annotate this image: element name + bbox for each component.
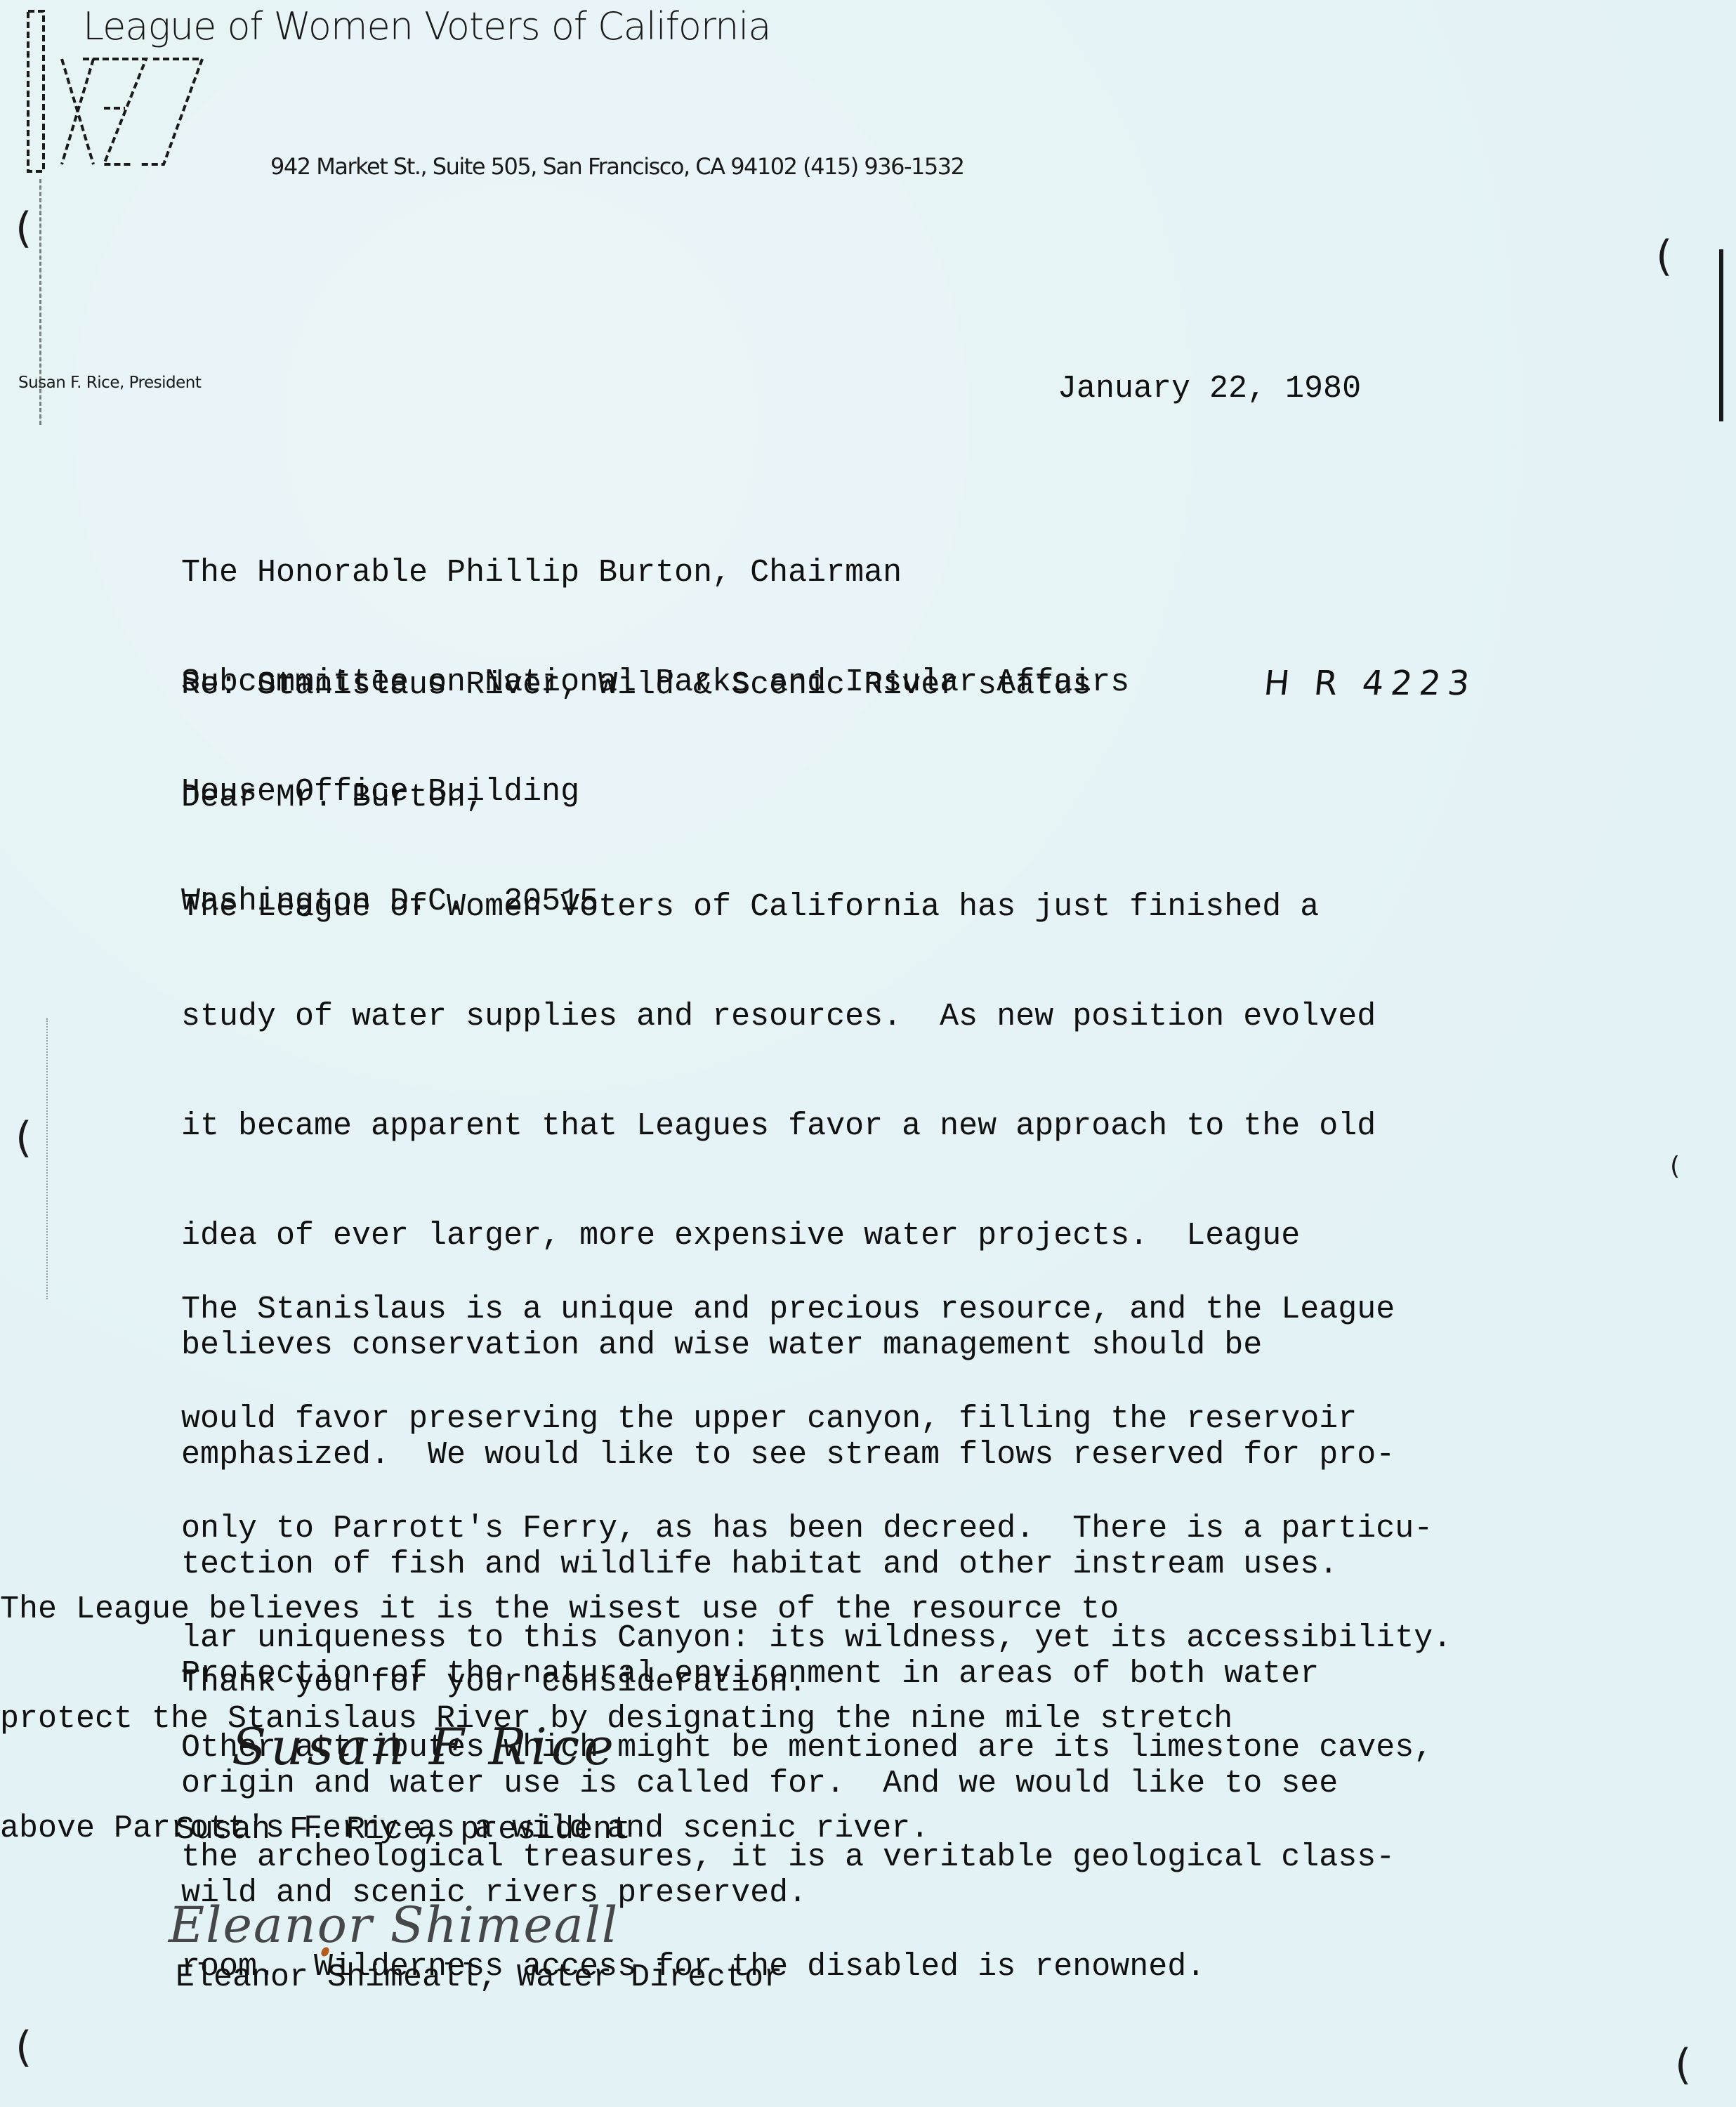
- punch-hole-mark: (: [15, 204, 32, 253]
- salutation: Dear Mr. Burton,: [181, 780, 485, 816]
- text-line: The League believes it is the wisest use…: [0, 1591, 1232, 1628]
- signer-name-1: Susan F. Rice, president: [176, 1812, 631, 1849]
- closing-line: Thank you for your consideration.: [181, 1665, 807, 1701]
- punch-hole-mark: (: [1675, 2040, 1691, 2089]
- text-line: The League of Women Voters of California…: [181, 889, 1395, 926]
- text-line: would favor preserving the upper canyon,…: [181, 1401, 1452, 1438]
- signer-name-2: Eleanor Shimeall, Water Director: [176, 1960, 782, 1996]
- handwritten-bill-number: H R 4223: [1262, 664, 1478, 703]
- text-line: it became apparent that Leagues favor a …: [181, 1108, 1395, 1145]
- punch-hole-mark: (: [15, 1113, 32, 1162]
- margin-bar: [1719, 249, 1723, 421]
- org-name: League of Women Voters of California: [83, 4, 770, 48]
- edge-mark: [39, 179, 41, 425]
- signature-susan-rice: Susan F Rice: [232, 1717, 618, 1776]
- letter-page: League of Women Voters of California 942…: [0, 0, 1736, 2107]
- subject-line: Re: Stanislaus River, Wild & Scenic Rive…: [181, 667, 1091, 704]
- addressee-line: The Honorable Phillip Burton, Chairman: [181, 555, 1129, 591]
- punch-hole-mark: (: [1656, 232, 1672, 281]
- text-line: study of water supplies and resources. A…: [181, 999, 1395, 1035]
- punch-hole-mark: (: [15, 2023, 32, 2072]
- officer-line: Susan F. Rice, President: [18, 374, 201, 392]
- letter-date: January 22, 1980: [1058, 371, 1361, 407]
- punch-hole-mark: (: [1670, 1152, 1680, 1181]
- edge-mark: [46, 1018, 48, 1299]
- text-line: The Stanislaus is a unique and precious …: [181, 1292, 1452, 1328]
- signature-eleanor-shimeall: Eleanor Shimeall: [169, 1896, 619, 1954]
- org-address: 942 Market St., Suite 505, San Francisco…: [270, 153, 964, 180]
